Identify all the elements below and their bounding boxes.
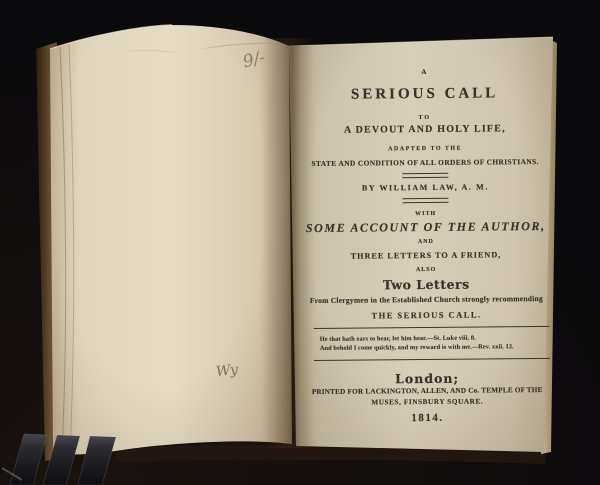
two-letters-line: Two Letters — [300, 276, 552, 293]
also-word: ALSO — [300, 266, 552, 274]
pencil-initials-mark: Wy — [215, 362, 239, 380]
imprint-city: London; — [301, 370, 553, 387]
main-title: SERIOUS CALL — [299, 85, 551, 104]
left-page-shading — [50, 25, 292, 454]
with-word: WITH — [300, 210, 552, 218]
epigraph-line-2: And behold I come quickly, and my reward… — [320, 342, 546, 353]
double-rule — [403, 198, 449, 203]
condition-line: STATE AND CONDITION OF ALL ORDERS OF CHR… — [299, 157, 551, 168]
author-line: BY WILLIAM LAW, A. M. — [299, 182, 551, 193]
double-rule — [402, 173, 448, 178]
friend-line: THREE LETTERS TO A FRIEND, — [300, 250, 552, 261]
imprint-line-1: PRINTED FOR LACKINGTON, ALLEN, AND Co. T… — [301, 386, 553, 396]
the-serious-call-line: THE SERIOUS CALL. — [300, 309, 552, 321]
subtitle: A DEVOUT AND HOLY LIFE, — [299, 123, 551, 136]
imprint-year: 1814. — [301, 411, 553, 425]
epigraph-block: He that hath ears to hear, let him hear.… — [314, 326, 550, 361]
account-line: SOME ACCOUNT OF THE AUTHOR, — [300, 219, 552, 236]
to-word: TO — [299, 114, 551, 122]
and-word: AND — [300, 238, 552, 246]
title-page-text: A SERIOUS CALL TO A DEVOUT AND HOLY LIFE… — [298, 59, 553, 451]
book-photo: 9/- Wy A SERIOUS CALL TO A DEVOUT AND HO… — [0, 0, 600, 485]
adapted-line: ADAPTED TO THE — [299, 145, 551, 153]
half-title-letter: A — [298, 67, 550, 77]
imprint-line-2: MUSES, FINSBURY SQUARE. — [301, 397, 553, 407]
recommend-line: From Clergymen in the Established Church… — [300, 294, 552, 305]
